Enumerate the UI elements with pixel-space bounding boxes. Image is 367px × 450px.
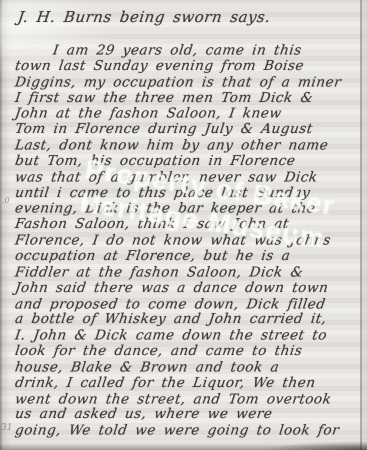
handwritten-line: us and asked us, where we were [14, 407, 364, 423]
scanned-document-page: J. H. Burns being sworn says. I am 29 ye… [0, 0, 367, 450]
handwritten-line: Tom in Florence during July & August [14, 122, 364, 138]
handwritten-line: I first saw the three men Tom Dick & [14, 91, 364, 107]
handwritten-line: town last Sunday evening from Boise [14, 59, 364, 75]
handwritten-line: until i came to this place last Sunday [14, 186, 364, 202]
margin-mark: .0 [2, 196, 10, 205]
handwritten-line: was that of a gambler, never saw Dick [14, 170, 364, 186]
handwritten-line: Diggins, my occupation is that of a mine… [14, 75, 364, 91]
handwritten-line: Last, dont know him by any other name [14, 138, 364, 154]
handwritten-line: house, Blake & Brown and took a [14, 360, 364, 376]
handwritten-line: drink, I called for the Liquor, We then [14, 376, 364, 392]
handwritten-text-block: I am 29 years old, came in this town las… [15, 43, 363, 439]
handwritten-line: occupation at Florence, but he is a [14, 249, 364, 265]
handwritten-line: I. John & Dick came down the street to [14, 328, 364, 344]
handwritten-line: John said there was a dance down town [14, 281, 364, 297]
handwritten-line: a bottle of Whiskey and John carried it, [14, 312, 364, 328]
margin-mark: 31 [1, 423, 12, 433]
handwritten-line: going, We told we were going to look for [14, 424, 364, 440]
handwritten-line: Florence, I do not know what was Johns [14, 233, 364, 249]
document-heading: J. H. Burns being sworn says. [17, 8, 272, 26]
handwritten-line: look for the dance, and came to this [14, 344, 364, 360]
handwritten-line: I am 29 years old, came in this [14, 43, 364, 59]
handwritten-line: but Tom, his occupation in Florence [14, 154, 364, 170]
handwritten-line: Fashon Saloon, think I saw John at [14, 217, 364, 233]
handwritten-line: Fiddler at the fashon Saloon, Dick & [14, 265, 364, 281]
paper-bottom-shadow [217, 440, 367, 450]
